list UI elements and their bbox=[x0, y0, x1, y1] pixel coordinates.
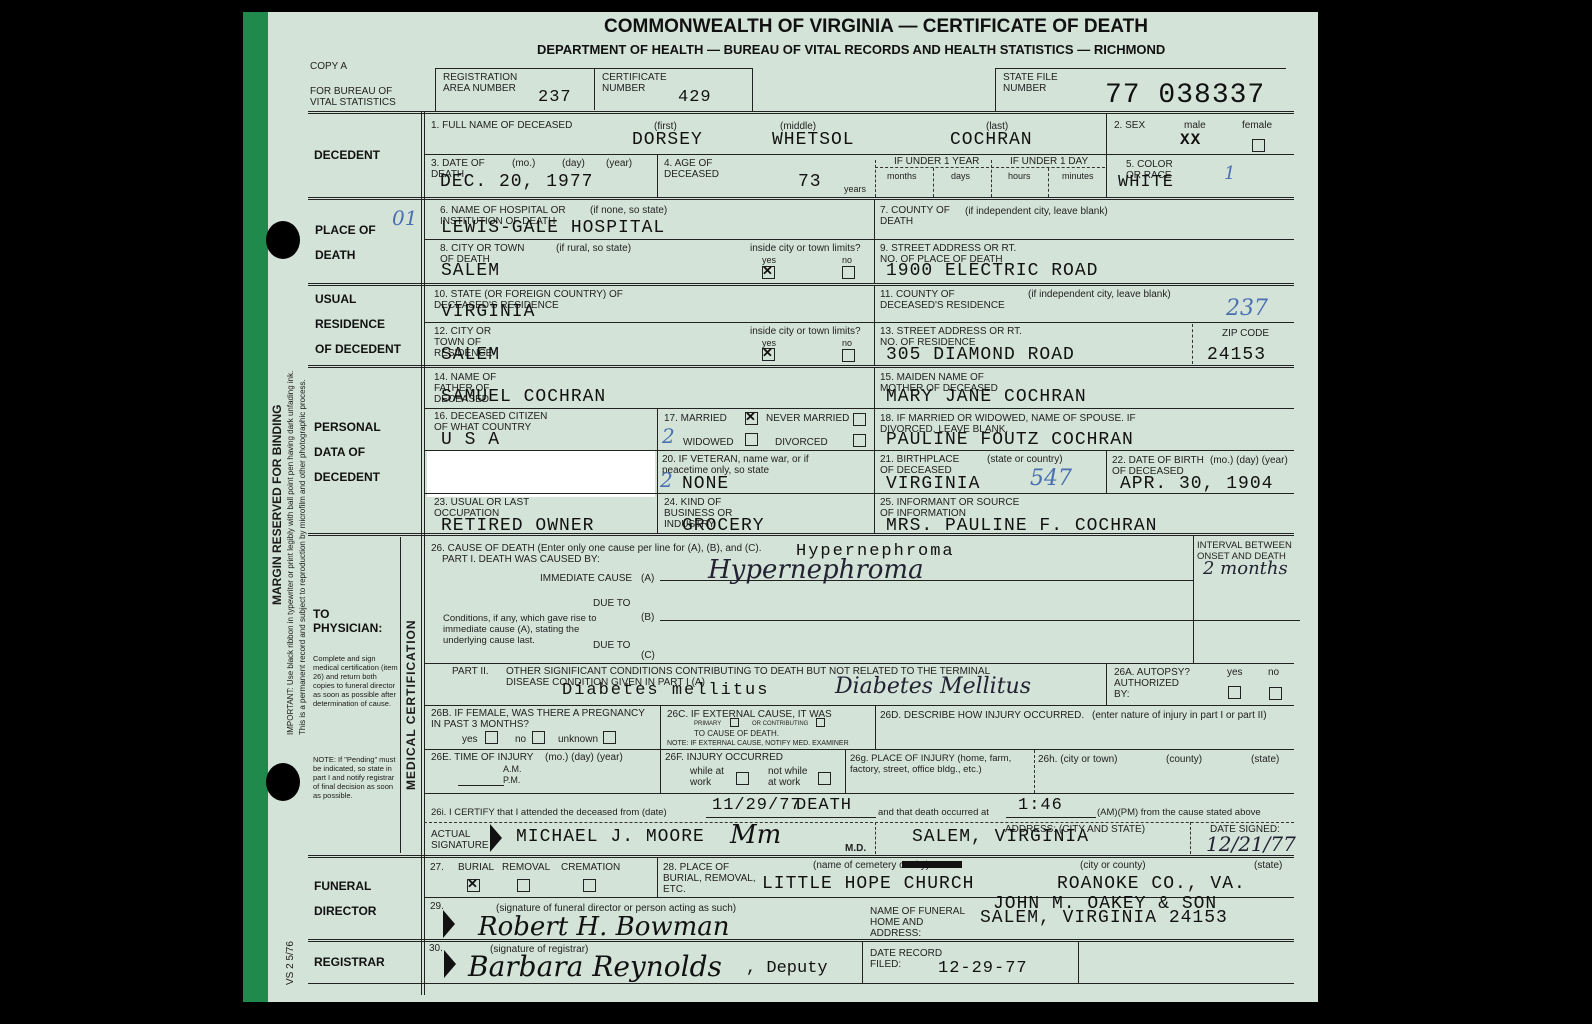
section-place-of-death-2: DEATH bbox=[315, 248, 355, 262]
injury-occurred-label: 26f. INJURY OCCURRED bbox=[665, 752, 783, 763]
date-filed-value: 12-29-77 bbox=[938, 959, 1028, 978]
full-name-label: 1. FULL NAME OF DECEASED bbox=[431, 120, 572, 131]
cause-a-marker: (A) bbox=[641, 573, 654, 584]
attended-from-date: 11/29/77 bbox=[712, 796, 802, 815]
section-personal-data: PERSONAL bbox=[314, 420, 381, 434]
county-of-death-hint: (if independent city, leave blank) bbox=[965, 206, 1108, 217]
business-value: GROCERY bbox=[682, 516, 765, 536]
residence-county-label: 11. COUNTY OF DECEASED'S RESIDENCE bbox=[880, 289, 1020, 311]
married-checkbox[interactable] bbox=[745, 412, 758, 425]
am-pm-label: (AM)(PM) from the cause stated above bbox=[1097, 807, 1261, 818]
important-note-1: IMPORTANT: Use black ribbon in typewrite… bbox=[286, 371, 295, 735]
mother-value: MARY JANE COCHRAN bbox=[886, 387, 1087, 407]
widowed-checkbox[interactable] bbox=[745, 433, 758, 446]
injury-description-hint: (enter nature of injury in part I or par… bbox=[1092, 710, 1267, 721]
md-label: M.D. bbox=[845, 843, 866, 854]
registrar-title: , Deputy bbox=[746, 959, 828, 978]
autopsy-no-label: no bbox=[1268, 667, 1279, 678]
widowed-label: WIDOWED bbox=[683, 437, 734, 448]
copy-for: FOR BUREAU OF VITAL STATISTICS bbox=[310, 86, 410, 108]
cemetery-value: LITTLE HOPE CHURCH bbox=[762, 874, 974, 894]
director-signature[interactable]: Robert H. Bowman bbox=[478, 912, 730, 942]
registrar-signature[interactable]: Barbara Reynolds bbox=[468, 950, 722, 983]
date-of-death-value: DEC. 20, 1977 bbox=[440, 172, 593, 192]
year-hint: (year) bbox=[606, 158, 632, 169]
month-hint: (mo.) bbox=[512, 158, 535, 169]
injury-state-label: (state) bbox=[1251, 754, 1279, 765]
burial-label: BURIAL bbox=[458, 862, 494, 873]
hours-label: hours bbox=[1008, 171, 1031, 182]
birthplace-code: 547 bbox=[1030, 466, 1072, 491]
death-inside-limits-no-checkbox[interactable] bbox=[842, 266, 855, 279]
sex-label: 2. SEX bbox=[1114, 120, 1145, 131]
medical-certification-label: MEDICAL CERTIFICATION bbox=[404, 619, 418, 790]
burial-location-value: ROANOKE CO., VA. bbox=[1057, 874, 1246, 894]
occupation-value: RETIRED OWNER bbox=[441, 516, 594, 536]
county-of-death-label: 7. COUNTY OF DEATH bbox=[880, 205, 950, 227]
item-29-label: 29. bbox=[430, 901, 444, 912]
months-label: months bbox=[887, 171, 917, 182]
divorced-checkbox[interactable] bbox=[853, 434, 866, 447]
zip-code-label: ZIP CODE bbox=[1222, 328, 1269, 339]
injury-description-label: 26d. DESCRIBE HOW INJURY OCCURRED. bbox=[880, 710, 1084, 721]
section-decedent: DECEDENT bbox=[314, 148, 380, 162]
director-signature-arrow-icon bbox=[443, 910, 455, 938]
cause-of-death-label: 26. CAUSE OF DEATH (Enter only one cause… bbox=[431, 543, 791, 554]
residence-street-value: 305 DIAMOND ROAD bbox=[886, 345, 1075, 365]
section-usual-residence-2: RESIDENCE bbox=[315, 317, 385, 331]
primary-checkbox[interactable] bbox=[730, 718, 739, 727]
day-hint: (day) bbox=[562, 158, 585, 169]
cause-c-marker: (C) bbox=[641, 650, 655, 661]
race-code: 1 bbox=[1224, 163, 1235, 184]
residence-inside-limits-no-checkbox[interactable] bbox=[842, 349, 855, 362]
minutes-label: minutes bbox=[1062, 171, 1094, 182]
date-signed-value: 12/21/77 bbox=[1206, 832, 1296, 856]
pending-note: NOTE: If "Pending" must be indicated, so… bbox=[313, 755, 399, 800]
first-name-value: DORSEY bbox=[632, 130, 703, 150]
pregnancy-unknown-checkbox[interactable] bbox=[603, 731, 616, 744]
cause-a-handwritten: Hypernephroma bbox=[708, 555, 924, 585]
age-value: 73 bbox=[798, 172, 822, 192]
burial-state-hint: (state) bbox=[1254, 860, 1282, 871]
place-of-injury-label: 26g. PLACE OF INJURY (home, farm, factor… bbox=[850, 753, 1035, 775]
section-to-physician: TO bbox=[313, 607, 329, 621]
physician-name: MICHAEL J. MOORE bbox=[516, 827, 705, 847]
date-of-birth-value: APR. 30, 1904 bbox=[1120, 474, 1273, 494]
state-file-label: STATE FILE NUMBER bbox=[1003, 72, 1063, 94]
actual-signature-label: ACTUAL SIGNATURE bbox=[431, 829, 481, 851]
residence-inside-limits-yes-checkbox[interactable] bbox=[762, 348, 775, 361]
injury-time-hint: (mo.) (day) (year) bbox=[545, 752, 623, 763]
never-married-label: NEVER MARRIED bbox=[766, 413, 849, 424]
section-place-of-death: PLACE OF bbox=[315, 223, 376, 237]
part2-label: PART II. bbox=[452, 666, 489, 677]
injury-am-label: A.M. bbox=[503, 764, 522, 775]
last-name-value: COCHRAN bbox=[950, 130, 1033, 150]
divorced-label: DIVORCED bbox=[775, 437, 828, 448]
section-registrar: REGISTRAR bbox=[314, 955, 385, 969]
immediate-cause-label: IMMEDIATE CAUSE bbox=[540, 573, 632, 584]
while-at-work-checkbox[interactable] bbox=[736, 772, 749, 785]
hospital-hint: (if none, so state) bbox=[590, 205, 667, 216]
death-occurred-label: and that death occurred at bbox=[878, 807, 989, 818]
female-label: female bbox=[1242, 120, 1272, 131]
interval-value: 2 months bbox=[1203, 558, 1288, 579]
physician-instructions: Complete and sign medical certification … bbox=[313, 654, 399, 708]
certificate-number: 429 bbox=[678, 88, 712, 107]
physician-address-value: SALEM, VIRGINIA bbox=[912, 827, 1089, 847]
part2-handwritten: Diabetes Mellitus bbox=[835, 674, 1031, 699]
pregnancy-yes-checkbox[interactable] bbox=[485, 731, 498, 744]
important-note-2: This is a permanent record and subject t… bbox=[298, 379, 307, 735]
not-while-at-work-checkbox[interactable] bbox=[818, 772, 831, 785]
certify-label: 26i. I CERTIFY that I attended the decea… bbox=[431, 807, 667, 818]
removal-label: REMOVAL bbox=[502, 862, 550, 873]
part2-typed: Diabetes mellitus bbox=[562, 681, 769, 700]
burial-place-label: 28. PLACE OF BURIAL, REMOVAL, ETC. bbox=[663, 862, 763, 895]
married-label: 17. MARRIED bbox=[664, 413, 727, 424]
residence-county-code: 237 bbox=[1226, 296, 1268, 321]
burial-checkbox[interactable] bbox=[467, 879, 480, 892]
section-personal-data-2: DATA OF bbox=[314, 445, 365, 459]
funeral-home-label: NAME OF FUNERAL HOME AND ADDRESS: bbox=[870, 906, 970, 939]
city-of-death-value: SALEM bbox=[441, 261, 500, 281]
redacted-field bbox=[427, 451, 655, 497]
autopsy-yes-checkbox[interactable] bbox=[1228, 686, 1241, 699]
age-label: 4. AGE OF DECEASED bbox=[664, 158, 734, 180]
city-of-death-hint: (if rural, so state) bbox=[556, 243, 631, 254]
under-1-year-label: IF UNDER 1 YEAR bbox=[892, 156, 981, 167]
pregnancy-unknown-label: unknown bbox=[558, 734, 598, 745]
spouse-value: PAULINE FOUTZ COCHRAN bbox=[886, 430, 1134, 450]
page-title: COMMONWEALTH OF VIRGINIA — CERTIFICATE O… bbox=[604, 16, 1148, 38]
inside-limits-label: inside city or town limits? bbox=[750, 243, 861, 254]
attended-to-date: DEATH bbox=[796, 796, 852, 815]
burial-city-county-hint: (city or county) bbox=[1080, 860, 1146, 871]
veteran-label: 20. IF VETERAN, name war, or if peacetim… bbox=[662, 454, 842, 476]
page-subtitle: DEPARTMENT OF HEALTH — BUREAU OF VITAL R… bbox=[537, 42, 1165, 57]
date-of-birth-hint: (mo.) (day) (year) bbox=[1210, 455, 1288, 466]
place-code: 01 bbox=[392, 206, 417, 230]
section-usual-residence-3: OF DECEDENT bbox=[315, 342, 401, 356]
never-married-checkbox[interactable] bbox=[853, 413, 866, 426]
autopsy-yes-label: yes bbox=[1227, 667, 1243, 678]
injury-county-label: (county) bbox=[1166, 754, 1202, 765]
marital-code: 2 bbox=[662, 424, 675, 448]
veteran-value: NONE bbox=[682, 474, 729, 494]
while-at-work-label: while at work bbox=[690, 766, 730, 788]
cremation-checkbox[interactable] bbox=[583, 879, 596, 892]
part1-label: PART I. DEATH WAS CAUSED BY: bbox=[442, 554, 600, 565]
physician-signature[interactable]: Mm bbox=[730, 820, 781, 850]
item-27-label: 27. bbox=[430, 862, 444, 873]
hospital-value: LEWIS-GALE HOSPITAL bbox=[441, 218, 665, 238]
birthplace-hint: (state or country) bbox=[987, 454, 1063, 465]
external-cause-note: NOTE: IF EXTERNAL CAUSE, NOTIFY MED. EXA… bbox=[667, 738, 849, 749]
residence-state-value: VIRGINIA bbox=[441, 302, 535, 322]
sex-male-mark[interactable]: XX bbox=[1180, 131, 1201, 149]
birthplace-label: 21. BIRTHPLACE OF DECEASED bbox=[880, 454, 970, 476]
not-while-at-work-label: not while at work bbox=[768, 766, 818, 788]
residence-city-value: SALEM bbox=[441, 345, 500, 365]
section-personal-data-3: DECEDENT bbox=[314, 470, 380, 484]
birthplace-value: VIRGINIA bbox=[886, 474, 980, 494]
years-label: years bbox=[844, 184, 866, 195]
form-code: VS 2 5/76 bbox=[285, 941, 296, 985]
autopsy-label: 26a. AUTOPSY? AUTHORIZED BY: bbox=[1114, 667, 1194, 700]
male-label: male bbox=[1184, 120, 1206, 131]
redaction-mark bbox=[902, 861, 962, 868]
injury-time-label: 26e. TIME OF INJURY bbox=[431, 752, 533, 763]
pregnancy-no-checkbox[interactable] bbox=[532, 731, 545, 744]
under-1-day-label: IF UNDER 1 DAY bbox=[1008, 156, 1090, 167]
death-inside-limits-yes-checkbox[interactable] bbox=[762, 266, 775, 279]
days-label: days bbox=[951, 171, 970, 182]
removal-checkbox[interactable] bbox=[517, 879, 530, 892]
place-street-value: 1900 ELECTRIC ROAD bbox=[886, 261, 1098, 281]
citizen-value: U S A bbox=[441, 430, 500, 450]
copy-label: COPY A bbox=[310, 61, 347, 72]
item-30-label: 30. bbox=[429, 943, 443, 954]
residence-county-hint: (if independent city, leave blank) bbox=[1028, 289, 1171, 300]
cremation-label: CREMATION bbox=[561, 862, 620, 873]
cause-b-marker: (B) bbox=[641, 612, 654, 623]
section-funeral-director-2: DIRECTOR bbox=[314, 904, 376, 918]
due-to-label-1: DUE TO bbox=[593, 598, 630, 609]
margin-binding-text: MARGIN RESERVED FOR BINDING bbox=[270, 405, 284, 605]
certificate-number-label: CERTIFICATE NUMBER bbox=[602, 72, 672, 94]
signature-arrow-icon bbox=[490, 824, 502, 852]
zip-code-value: 24153 bbox=[1207, 345, 1266, 365]
no-label: no bbox=[842, 255, 852, 266]
injury-pm-label: P.M. bbox=[503, 775, 520, 786]
pregnancy-no-label: no bbox=[515, 734, 526, 745]
registration-area-number: 237 bbox=[538, 88, 572, 107]
section-usual-residence: USUAL bbox=[315, 292, 356, 306]
pregnancy-label: 26b. IF FEMALE, WAS THERE A PREGNANCY IN… bbox=[431, 708, 651, 730]
residence-limits-label: inside city or town limits? bbox=[750, 326, 861, 337]
informant-value: MRS. PAULINE F. COCHRAN bbox=[886, 516, 1157, 536]
punch-hole bbox=[266, 763, 300, 801]
residence-no-label: no bbox=[842, 338, 852, 349]
sex-female-checkbox[interactable] bbox=[1252, 139, 1265, 152]
autopsy-no-checkbox[interactable] bbox=[1269, 687, 1282, 700]
punch-hole bbox=[266, 221, 300, 259]
color-race-value: WHITE bbox=[1118, 173, 1174, 192]
contributing-checkbox[interactable] bbox=[816, 718, 825, 727]
registrar-signature-arrow-icon bbox=[444, 950, 456, 978]
time-of-death-value: 1:46 bbox=[1018, 796, 1063, 815]
section-funeral-director: FUNERAL bbox=[314, 879, 371, 893]
pregnancy-yes-label: yes bbox=[462, 734, 478, 745]
due-to-label-2: DUE TO bbox=[593, 640, 630, 651]
registration-area-label: REGISTRATION AREA NUMBER bbox=[443, 72, 533, 94]
funeral-home-address: SALEM, VIRGINIA 24153 bbox=[980, 908, 1228, 928]
state-file-number: 77 038337 bbox=[1105, 80, 1265, 111]
section-to-physician-2: PHYSICIAN: bbox=[313, 621, 382, 635]
binding-strip bbox=[243, 12, 268, 1002]
injury-city-label: 26h. (city or town) bbox=[1038, 754, 1117, 765]
father-value: SAMUEL COCHRAN bbox=[441, 387, 606, 407]
veteran-code: 2 bbox=[660, 468, 673, 492]
middle-name-value: WHETSOL bbox=[772, 130, 855, 150]
